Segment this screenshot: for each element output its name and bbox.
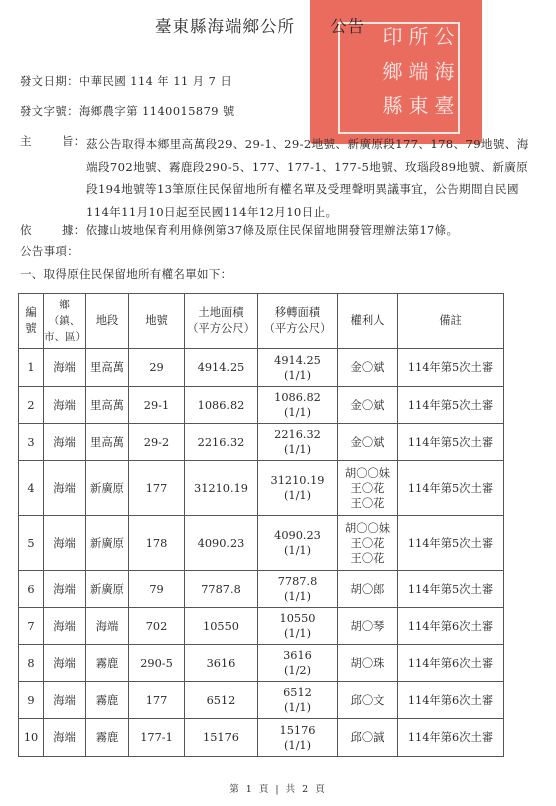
- share-ratio: (1/1): [284, 406, 311, 419]
- land-area-value: 3616: [207, 657, 236, 670]
- table-row: 5海端新廣原1784090.234090.23(1/1)胡〇〇妹王〇花王〇花11…: [19, 516, 504, 571]
- lot-number: 177: [146, 694, 168, 707]
- organization-name: 臺東縣海端鄉公所: [155, 13, 295, 37]
- township-name: 海端: [53, 731, 76, 744]
- cell-holder: 胡〇琴: [338, 608, 398, 645]
- remark-text: 114年第6次土審: [408, 620, 493, 633]
- share-ratio: (1/1): [284, 739, 311, 752]
- subject-label-b: 旨：: [62, 133, 86, 149]
- header-text: （鎮、: [49, 315, 81, 327]
- cell-section: 海端: [86, 608, 129, 645]
- remark-text: 114年第5次土審: [408, 399, 493, 412]
- transfer-area-value: 2216.32: [274, 428, 321, 441]
- land-area-value: 31210.19: [194, 482, 248, 495]
- remark-text: 114年第5次土審: [408, 361, 493, 374]
- table-row: 9海端霧鹿17765126512(1/1)邱〇文114年第6次土審: [19, 682, 504, 719]
- lot-number: 177-1: [140, 731, 173, 744]
- row-number: 8: [27, 657, 34, 670]
- table-row: 2海端里高萬29-11086.821086.82(1/1)金〇斌114年第5次土…: [19, 387, 504, 424]
- cell-land-area: 10550: [185, 608, 258, 645]
- land-area-value: 10550: [203, 620, 239, 633]
- cell-no: 5: [19, 516, 44, 571]
- cell-holder: 胡〇〇妹王〇花王〇花: [338, 461, 398, 516]
- header-remark: 備註: [398, 294, 504, 349]
- cell-lot: 29: [129, 349, 185, 387]
- transfer-area-value: 3616: [283, 649, 312, 662]
- land-area-value: 4090.23: [198, 537, 245, 550]
- holder-name: 金〇斌: [351, 436, 385, 449]
- basis-label-b: 據：: [62, 223, 86, 237]
- notice-items-label: 公告事項：: [20, 243, 79, 259]
- cell-land-area: 1086.82: [185, 387, 258, 424]
- holder-name: 胡〇〇妹: [345, 467, 390, 480]
- cell-holder: 胡〇郎: [338, 571, 398, 608]
- cell-holder: 胡〇〇妹王〇花王〇花: [338, 516, 398, 571]
- cell-remark: 114年第5次土審: [398, 571, 504, 608]
- table-row: 7海端海端7021055010550(1/1)胡〇琴114年第6次土審: [19, 608, 504, 645]
- cell-transfer-area: 1086.82(1/1): [258, 387, 338, 424]
- cell-transfer-area: 7787.8(1/1): [258, 571, 338, 608]
- document-type: 公告: [330, 13, 365, 37]
- table-row: 1海端里高萬294914.254914.25(1/1)金〇斌114年第5次土審: [19, 349, 504, 387]
- header-text: （平方公尺）: [187, 322, 255, 335]
- share-ratio: (1/1): [284, 701, 311, 714]
- remark-text: 114年第6次土審: [408, 731, 493, 744]
- remark-text: 114年第5次土審: [408, 537, 493, 550]
- cell-no: 3: [19, 424, 44, 461]
- township-name: 海端: [53, 620, 76, 633]
- township-name: 海端: [53, 436, 76, 449]
- cell-holder: 邱〇誠: [338, 719, 398, 757]
- section-name: 霧鹿: [96, 657, 119, 670]
- basis-line: 依 據：依據山坡地保育利用條例第37條及原住民保留地開發管理辦法第17條。: [20, 222, 540, 238]
- cell-land-area: 6512: [185, 682, 258, 719]
- cell-holder: 金〇斌: [338, 387, 398, 424]
- cell-township: 海端: [44, 387, 86, 424]
- cell-township: 海端: [44, 424, 86, 461]
- share-ratio: (1/1): [284, 443, 311, 456]
- basis-content: 據：依據山坡地保育利用條例第37條及原住民保留地開發管理辦法第17條。: [62, 222, 458, 238]
- cell-no: 4: [19, 461, 44, 516]
- row-number: 4: [27, 482, 34, 495]
- cell-section: 里高萬: [86, 387, 129, 424]
- cell-land-area: 2216.32: [185, 424, 258, 461]
- seal-column-1: 臺東縣: [340, 95, 456, 130]
- cell-transfer-area: 2216.32(1/1): [258, 424, 338, 461]
- subject-label: 主 旨：: [20, 133, 32, 149]
- remark-text: 114年第5次土審: [408, 482, 493, 495]
- cell-township: 海端: [44, 645, 86, 682]
- share-ratio: (1/1): [284, 369, 311, 382]
- share-ratio: (1/1): [284, 590, 311, 603]
- cell-remark: 114年第5次土審: [398, 424, 504, 461]
- cell-township: 海端: [44, 349, 86, 387]
- document-number-value: 海鄉農字第 1140015879 號: [79, 105, 235, 118]
- header-text: 土地面積: [198, 306, 243, 319]
- holder-name: 金〇斌: [351, 399, 385, 412]
- cell-remark: 114年第6次土審: [398, 719, 504, 757]
- row-number: 10: [24, 731, 38, 744]
- cell-land-area: 31210.19: [185, 461, 258, 516]
- land-area-value: 1086.82: [198, 399, 245, 412]
- header-text: 號: [25, 322, 36, 335]
- holder-name: 王〇花: [351, 537, 385, 550]
- cell-lot: 178: [129, 516, 185, 571]
- seal-glyphs: 臺東縣 海端鄉 公所印: [340, 26, 456, 130]
- transfer-area-value: 1086.82: [274, 391, 321, 404]
- issue-date-label: 發文日期：: [20, 75, 79, 88]
- cell-remark: 114年第5次土審: [398, 349, 504, 387]
- cell-remark: 114年第6次土審: [398, 682, 504, 719]
- cell-section: 霧鹿: [86, 719, 129, 757]
- land-area-value: 4914.25: [198, 361, 245, 374]
- lot-number: 29: [149, 361, 163, 374]
- share-ratio: (1/1): [284, 627, 311, 640]
- cell-transfer-area: 15176(1/1): [258, 719, 338, 757]
- lot-number: 177: [146, 482, 168, 495]
- row-number: 5: [27, 537, 34, 550]
- cell-transfer-area: 10550(1/1): [258, 608, 338, 645]
- section-name: 新廣原: [90, 583, 124, 596]
- header-holder: 權利人: [338, 294, 398, 349]
- page-footer: 第 1 頁 | 共 2 頁: [0, 781, 556, 795]
- row-number: 1: [27, 361, 34, 374]
- transfer-area-value: 31210.19: [271, 474, 325, 487]
- cell-transfer-area: 31210.19(1/1): [258, 461, 338, 516]
- cell-lot: 290-5: [129, 645, 185, 682]
- ownership-table: 編號 鄉（鎮、市、區） 地段 地號 土地面積（平方公尺） 移轉面積（平方公尺） …: [18, 293, 504, 757]
- header-lot: 地號: [129, 294, 185, 349]
- transfer-area-value: 10550: [280, 612, 316, 625]
- township-name: 海端: [53, 482, 76, 495]
- share-ratio: (1/1): [284, 489, 311, 502]
- cell-lot: 177: [129, 461, 185, 516]
- holder-name: 王〇花: [351, 482, 385, 495]
- table-row: 6海端新廣原797787.87787.8(1/1)胡〇郎114年第5次土審: [19, 571, 504, 608]
- cell-township: 海端: [44, 608, 86, 645]
- cell-lot: 177-1: [129, 719, 185, 757]
- township-name: 海端: [53, 583, 76, 596]
- transfer-area-value: 4090.23: [274, 529, 321, 542]
- holder-name: 金〇斌: [351, 361, 385, 374]
- table-body: 1海端里高萬294914.254914.25(1/1)金〇斌114年第5次土審2…: [19, 349, 504, 757]
- lot-number: 29-2: [144, 436, 169, 449]
- issue-date: 發文日期：中華民國 114 年 11 月 7 日: [20, 73, 232, 89]
- land-area-value: 7787.8: [201, 583, 241, 596]
- township-name: 海端: [53, 361, 76, 374]
- section-name: 里高萬: [90, 436, 124, 449]
- share-ratio: (1/2): [284, 664, 311, 677]
- cell-township: 海端: [44, 571, 86, 608]
- cell-no: 10: [19, 719, 44, 757]
- header-text: 編: [25, 306, 36, 319]
- holder-name: 胡〇琴: [351, 620, 385, 633]
- cell-remark: 114年第5次土審: [398, 461, 504, 516]
- township-name: 海端: [53, 399, 76, 412]
- remark-text: 114年第6次土審: [408, 657, 493, 670]
- cell-no: 6: [19, 571, 44, 608]
- document-number: 發文字號：海鄉農字第 1140015879 號: [20, 103, 235, 119]
- table-header-row: 編號 鄉（鎮、市、區） 地段 地號 土地面積（平方公尺） 移轉面積（平方公尺） …: [19, 294, 504, 349]
- remark-text: 114年第5次土審: [408, 436, 493, 449]
- remark-text: 114年第6次土審: [408, 694, 493, 707]
- cell-holder: 金〇斌: [338, 424, 398, 461]
- subject-text: 茲公告取得本鄉里高萬段29、29-1、29-2地號、新廣原段177、178、79…: [86, 133, 536, 223]
- land-area-value: 2216.32: [198, 436, 245, 449]
- cell-land-area: 7787.8: [185, 571, 258, 608]
- cell-no: 7: [19, 608, 44, 645]
- cell-transfer-area: 4914.25(1/1): [258, 349, 338, 387]
- table-row: 4海端新廣原17731210.1931210.19(1/1)胡〇〇妹王〇花王〇花…: [19, 461, 504, 516]
- cell-holder: 邱〇文: [338, 682, 398, 719]
- township-name: 海端: [53, 537, 76, 550]
- cell-section: 里高萬: [86, 424, 129, 461]
- cell-township: 海端: [44, 461, 86, 516]
- lot-number: 290-5: [140, 657, 173, 670]
- cell-land-area: 3616: [185, 645, 258, 682]
- row-number: 9: [27, 694, 34, 707]
- transfer-area-value: 7787.8: [278, 575, 318, 588]
- row-number: 7: [27, 620, 34, 633]
- header-text: （平方公尺）: [264, 322, 332, 335]
- section-one-heading: 一、取得原住民保留地所有權名單如下：: [20, 266, 232, 282]
- cell-lot: 79: [129, 571, 185, 608]
- holder-name: 胡〇〇妹: [345, 522, 390, 535]
- cell-township: 海端: [44, 682, 86, 719]
- header-transfer-area: 移轉面積（平方公尺）: [258, 294, 338, 349]
- header-text: 移轉面積: [275, 306, 320, 319]
- holder-name: 王〇花: [351, 497, 385, 510]
- row-number: 2: [27, 399, 34, 412]
- land-area-value: 15176: [203, 731, 239, 744]
- cell-no: 9: [19, 682, 44, 719]
- header-text: 市、區）: [44, 331, 86, 343]
- holder-name: 胡〇郎: [351, 583, 385, 596]
- cell-remark: 114年第6次土審: [398, 645, 504, 682]
- header-text: 鄉: [59, 299, 70, 311]
- holder-name: 邱〇誠: [351, 731, 385, 744]
- cell-no: 1: [19, 349, 44, 387]
- cell-no: 2: [19, 387, 44, 424]
- cell-remark: 114年第5次土審: [398, 387, 504, 424]
- cell-section: 霧鹿: [86, 645, 129, 682]
- cell-section: 里高萬: [86, 349, 129, 387]
- section-name: 霧鹿: [96, 731, 119, 744]
- cell-land-area: 4090.23: [185, 516, 258, 571]
- seal-column-2: 海端鄉: [340, 61, 456, 96]
- subject-label-a: 主: [20, 134, 32, 148]
- cell-section: 霧鹿: [86, 682, 129, 719]
- header-no: 編號: [19, 294, 44, 349]
- table-row: 3海端里高萬29-22216.322216.32(1/1)金〇斌114年第5次土…: [19, 424, 504, 461]
- transfer-area-value: 4914.25: [274, 354, 321, 367]
- section-name: 霧鹿: [96, 694, 119, 707]
- transfer-area-value: 6512: [283, 686, 312, 699]
- remark-text: 114年第5次土審: [408, 583, 493, 596]
- holder-name: 邱〇文: [351, 694, 385, 707]
- row-number: 3: [27, 436, 34, 449]
- cell-transfer-area: 6512(1/1): [258, 682, 338, 719]
- header-township: 鄉（鎮、市、區）: [44, 294, 86, 349]
- cell-land-area: 4914.25: [185, 349, 258, 387]
- cell-transfer-area: 3616(1/2): [258, 645, 338, 682]
- cell-section: 新廣原: [86, 461, 129, 516]
- document-number-label: 發文字號：: [20, 105, 79, 118]
- section-name: 新廣原: [90, 482, 124, 495]
- cell-holder: 胡〇珠: [338, 645, 398, 682]
- section-name: 海端: [96, 620, 119, 633]
- basis-label-a: 依: [20, 223, 32, 237]
- lot-number: 79: [149, 583, 163, 596]
- share-ratio: (1/1): [284, 544, 311, 557]
- cell-holder: 金〇斌: [338, 349, 398, 387]
- cell-township: 海端: [44, 516, 86, 571]
- township-name: 海端: [53, 657, 76, 670]
- header-section: 地段: [86, 294, 129, 349]
- table-row: 8海端霧鹿290-536163616(1/2)胡〇珠114年第6次土審: [19, 645, 504, 682]
- cell-section: 新廣原: [86, 571, 129, 608]
- cell-township: 海端: [44, 719, 86, 757]
- cell-section: 新廣原: [86, 516, 129, 571]
- transfer-area-value: 15176: [280, 724, 316, 737]
- cell-lot: 29-2: [129, 424, 185, 461]
- township-name: 海端: [53, 694, 76, 707]
- row-number: 6: [27, 583, 34, 596]
- section-name: 里高萬: [90, 399, 124, 412]
- header-land-area: 土地面積（平方公尺）: [185, 294, 258, 349]
- section-name: 里高萬: [90, 361, 124, 374]
- cell-transfer-area: 4090.23(1/1): [258, 516, 338, 571]
- table-row: 10海端霧鹿177-11517615176(1/1)邱〇誠114年第6次土審: [19, 719, 504, 757]
- lot-number: 29-1: [144, 399, 169, 412]
- cell-remark: 114年第5次土審: [398, 516, 504, 571]
- lot-number: 178: [146, 537, 168, 550]
- cell-land-area: 15176: [185, 719, 258, 757]
- holder-name: 王〇花: [351, 552, 385, 565]
- lot-number: 702: [146, 620, 168, 633]
- land-area-value: 6512: [207, 694, 236, 707]
- cell-lot: 29-1: [129, 387, 185, 424]
- cell-lot: 177: [129, 682, 185, 719]
- section-name: 新廣原: [90, 537, 124, 550]
- cell-remark: 114年第6次土審: [398, 608, 504, 645]
- cell-no: 8: [19, 645, 44, 682]
- basis-text: 依據山坡地保育利用條例第37條及原住民保留地開發管理辦法第17條。: [86, 223, 459, 237]
- cell-lot: 702: [129, 608, 185, 645]
- issue-date-value: 中華民國 114 年 11 月 7 日: [79, 75, 232, 88]
- holder-name: 胡〇珠: [351, 657, 385, 670]
